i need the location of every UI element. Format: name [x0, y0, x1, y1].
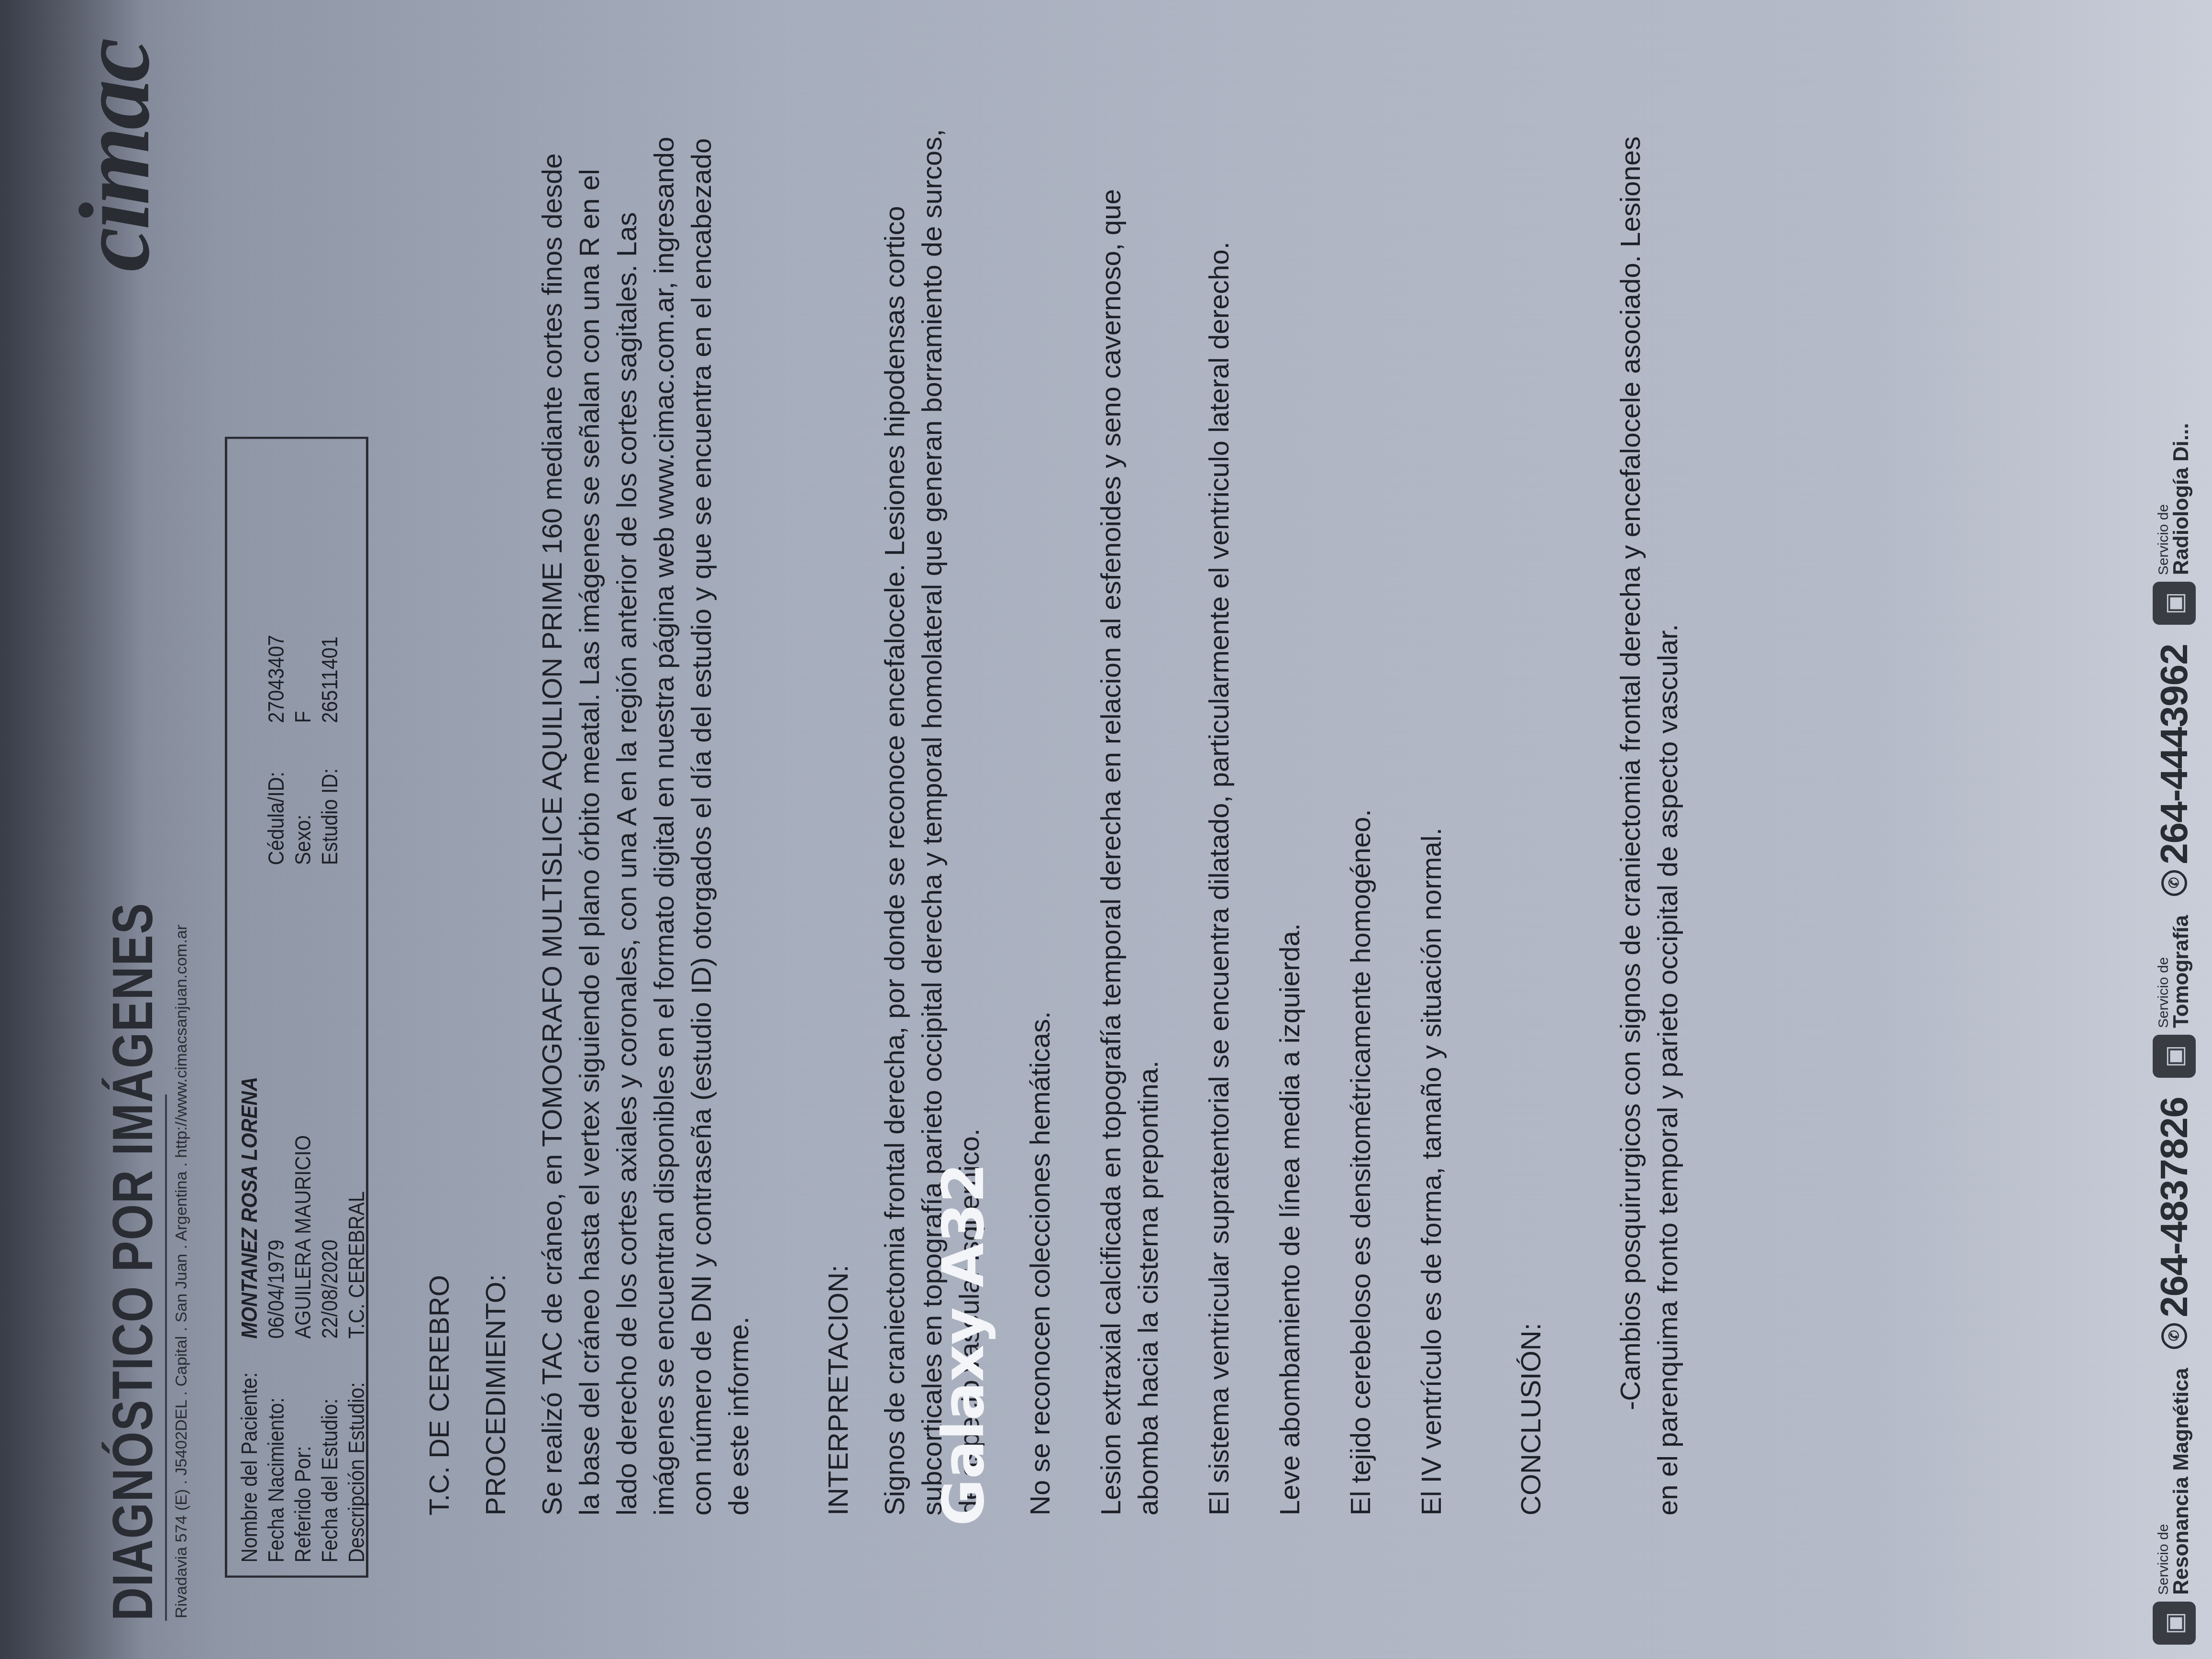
study-id: 26511401 — [316, 636, 343, 723]
patient-field: Referido Por: AGUILERA MAURICIO — [289, 1077, 316, 1562]
sex: F — [289, 711, 316, 723]
finding: El tejido cerebeloso es densitométricame… — [1342, 128, 1380, 1515]
patient-field: Nombre del Paciente: MONTANEZ ROSA LOREN… — [236, 1077, 263, 1562]
service-xray: ▣ Servicio de Radiología Di... — [2153, 423, 2196, 625]
service-label-small: Servicio de — [2157, 423, 2171, 575]
patient-field: Fecha Nacimiento: 06/04/1979 — [263, 1077, 289, 1562]
referred-by: AGUILERA MAURICIO — [289, 1135, 316, 1339]
whatsapp-icon: ✆ — [2161, 870, 2187, 896]
patient-info-box: Nombre del Paciente: MONTANEZ ROSA LOREN… — [225, 437, 368, 1578]
field-label: Fecha Nacimiento: — [263, 1339, 289, 1563]
whatsapp-icon: ✆ — [2161, 1323, 2187, 1349]
patient-info-right: Cédula/ID: 27043407 Sexo: F Estudio ID: … — [263, 635, 343, 865]
phone-number: 264-4443962 — [2152, 644, 2196, 864]
ct-icon: ▣ — [2153, 1035, 2196, 1078]
clinic-title: DIAGNÓSTICO POR IMÁGENES — [100, 902, 166, 1621]
interpretation-heading: INTERPRETACION: — [820, 128, 857, 1515]
field-label: Descripción Estudio: — [343, 1339, 370, 1563]
study-description: T.C. CEREBRAL — [343, 1191, 370, 1338]
conclusion-heading: CONCLUSIÓN: — [1513, 128, 1550, 1515]
report-page: DIAGNÓSTICO POR IMÁGENES Rivadavia 574 (… — [0, 80, 2212, 1659]
id-number: 27043407 — [263, 635, 289, 723]
camera-watermark: Galaxy A32 — [930, 1163, 997, 1526]
patient-field: Cédula/ID: 27043407 — [263, 635, 289, 865]
service-label-small: Servicio de — [2157, 1368, 2171, 1595]
service-label: Radiología Di... — [2171, 423, 2192, 575]
service-label-small: Servicio de — [2157, 915, 2171, 1028]
mri-icon: ▣ — [2153, 1602, 2196, 1645]
study-date: 22/08/2020 — [316, 1239, 343, 1338]
service-mri: ▣ Servicio de Resonancia Magnética — [2153, 1368, 2196, 1645]
birth-date: 06/04/1979 — [263, 1239, 289, 1338]
finding: El IV ventrículo es de forma, tamaño y s… — [1413, 128, 1450, 1515]
field-label: Referido Por: — [289, 1339, 316, 1563]
service-label: Resonancia Magnética — [2171, 1368, 2192, 1595]
phone-mri: ✆ 264-4837826 — [2152, 1097, 2196, 1349]
clinic-address: Rivadavia 574 (E) . J5402DEL . Capital .… — [172, 925, 191, 1618]
service-label: Tomografía — [2171, 915, 2192, 1028]
finding: El sistema ventricular supratentorial se… — [1201, 128, 1238, 1515]
field-label: Fecha del Estudio: — [316, 1339, 343, 1563]
phone-ct: ✆ 264-4443962 — [2152, 644, 2196, 896]
field-label: Nombre del Paciente: — [236, 1339, 263, 1563]
field-label: Estudio ID: — [316, 723, 343, 865]
xray-icon: ▣ — [2153, 582, 2196, 625]
patient-info-left: Nombre del Paciente: MONTANEZ ROSA LOREN… — [236, 1077, 370, 1562]
service-ct: ▣ Servicio de Tomografía — [2153, 915, 2196, 1078]
patient-field: Sexo: F — [289, 635, 316, 865]
title-underline — [165, 1095, 167, 1621]
finding: Leve abombamiento de línea media a izqui… — [1272, 128, 1309, 1515]
study-title: T.C. DE CEREBRO — [421, 128, 458, 1515]
patient-field: Fecha del Estudio: 22/08/2020 — [316, 1077, 343, 1562]
finding: No se reconocen colecciones hemáticas. — [1022, 128, 1059, 1515]
field-label: Cédula/ID: — [263, 723, 289, 865]
phone-number: 264-4837826 — [2152, 1097, 2196, 1317]
patient-field: Estudio ID: 26511401 — [316, 635, 343, 865]
patient-field: Descripción Estudio: T.C. CEREBRAL — [343, 1077, 370, 1562]
procedure-heading: PROCEDIMIENTO: — [477, 128, 515, 1515]
conclusion-text: -Cambios posquirurgicos con signos de cr… — [1612, 128, 1687, 1515]
footer-services: ▣ Servicio de Resonancia Magnética ✆ 264… — [2138, 66, 2210, 1659]
cimac-logo: cimac — [57, 41, 173, 272]
patient-name: MONTANEZ ROSA LORENA — [236, 1077, 263, 1338]
field-label: Sexo: — [289, 723, 316, 865]
finding: Lesion extraxial calcificada en topograf… — [1093, 128, 1167, 1515]
report-body: T.C. DE CEREBRO PROCEDIMIENTO: Se realiz… — [421, 128, 1687, 1515]
procedure-text: Se realizó TAC de cráneo, en TOMOGRAFO M… — [534, 128, 758, 1515]
